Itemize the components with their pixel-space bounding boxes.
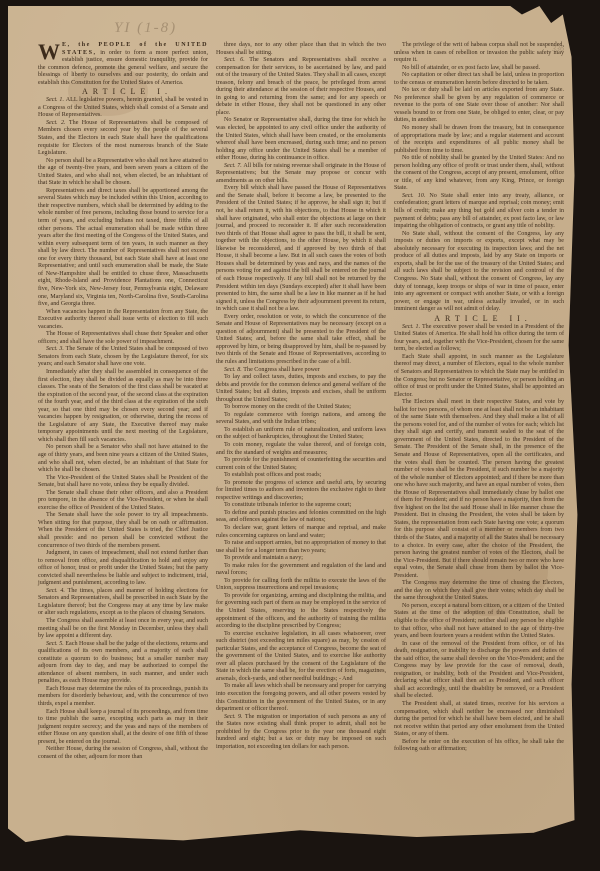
paragraph-text: The privilege of the writ of habeas corp… [394, 42, 564, 63]
paragraph: To borrow money on the credit of the Uni… [216, 404, 386, 412]
paragraph-text: To regulate commerce with foreign nation… [216, 412, 386, 426]
paragraph-text: To promote the progress of science and u… [216, 480, 386, 501]
paragraph-text: To raise and support armies, but no appr… [216, 540, 386, 554]
paragraph: Each House may determine the rules of it… [38, 686, 208, 709]
column-2: three days, nor to any other place than … [216, 42, 386, 751]
paragraph: No title of nobility shall be granted by… [394, 155, 564, 193]
paragraph-text: No money shall be drawn from the treasur… [394, 125, 564, 154]
paragraph: To establish post offices and post roads… [216, 472, 386, 480]
paragraph-text: The President shall, at stated times, re… [394, 701, 564, 737]
newspaper-page: YI (1-8) 336 WE, the PEOPLE of the UNITE… [8, 6, 592, 854]
paragraph-text: Each House shall keep a journal of its p… [38, 709, 208, 745]
paragraph-text: Judgment, in cases of impeachment, shall… [38, 550, 208, 586]
paragraph-text: To declare war, grant letters of marque … [216, 525, 386, 539]
paragraph: No tax or duty shall be laid on articles… [394, 87, 564, 125]
paragraph-text: The House of Representatives shall chuse… [38, 331, 208, 345]
paragraph: No money shall be drawn from the treasur… [394, 125, 564, 155]
paragraph-text: The Vice-President of the United States … [38, 475, 208, 489]
paragraph: Sect. 5. Each House shall be the judge o… [38, 641, 208, 686]
paragraph-text: No person shall be a Representative who … [38, 158, 208, 187]
paragraph-text: To make all laws which shall be necessar… [216, 683, 386, 712]
article-heading: ARTICLE I. [38, 87, 208, 97]
section-label: Sect. 4. [46, 588, 68, 594]
paragraph-text: No title of nobility shall be granted by… [394, 155, 564, 191]
paragraph: Each State shall appoint, in such manner… [394, 354, 564, 399]
paragraph: To make all laws which shall be necessar… [216, 683, 386, 713]
paragraph: Each House shall keep a journal of its p… [38, 709, 208, 747]
paragraph: three days, nor to any other place than … [216, 42, 386, 57]
paragraph: To provide for calling forth the militia… [216, 578, 386, 593]
paragraph-text: To provide for organizing, arming and di… [216, 593, 386, 629]
paragraph-text: The Congress shall have power [243, 367, 320, 373]
paragraph: To declare war, grant letters of marque … [216, 525, 386, 540]
paragraph-text: The Congress shall assemble at least onc… [38, 618, 208, 639]
paragraph: To provide for the punishment of counter… [216, 457, 386, 472]
paragraph: Immediately after they shall be assemble… [38, 369, 208, 444]
paragraph-text: Every bill which shall have passed the H… [216, 185, 386, 312]
paragraph: The Congress shall assemble at least onc… [38, 618, 208, 641]
paragraph-text: Each House shall be the judge of the ele… [38, 641, 208, 685]
paragraph: The Congress may determine the time of c… [394, 580, 564, 603]
column-3-body: The privilege of the writ of habeas corp… [394, 42, 564, 754]
paragraph-text: To establish post offices and post roads… [224, 472, 321, 478]
section-label: Sect. 2. [46, 120, 69, 126]
paragraph: The President shall, at stated times, re… [394, 701, 564, 739]
paragraph-text: three days, nor to any other place than … [216, 42, 386, 56]
paragraph: To make rules for the government and reg… [216, 563, 386, 578]
paragraph-text: No tax or duty shall be laid on articles… [394, 87, 564, 123]
paragraph: To coin money, regulate the value thereo… [216, 442, 386, 457]
paragraph-text: To exercise exclusive legislation, in al… [216, 631, 386, 682]
section-label: Sect. 3. [46, 346, 66, 352]
paragraph: Sect. 1. ALL legislative powers, herein … [38, 97, 208, 120]
paragraph: Representatives and direct taxes shall b… [38, 188, 208, 309]
section-label: Sect. 9. [224, 714, 245, 720]
paragraph-text: To establish an uniform rule of naturali… [216, 427, 386, 441]
paragraph-text: No bill of attainder, or ex post facto l… [402, 65, 540, 71]
paragraph-text: Neither House, during the session of Con… [38, 746, 208, 760]
paragraph: The House of Representatives shall chuse… [38, 331, 208, 346]
paragraph: Sect. 9. The migration or importation of… [216, 714, 386, 752]
paragraph: To regulate commerce with foreign nation… [216, 412, 386, 427]
drop-cap: W [38, 43, 60, 61]
paragraph: In case of the removal of the President … [394, 641, 564, 701]
paragraph-text: In case of the removal of the President … [394, 641, 564, 700]
paragraph-text: Each House may determine the rules of it… [38, 686, 208, 707]
paragraph: To raise and support armies, but no appr… [216, 540, 386, 555]
paragraph-text: To lay and collect taxes, duties, impost… [216, 374, 386, 403]
paragraph-text: When vacancies happen in the Representat… [38, 309, 208, 330]
handwritten-catalog-mark: YI (1-8) [114, 20, 177, 37]
paragraph: Sect. 4. The times, places and manner of… [38, 588, 208, 618]
paragraph: To provide and maintain a navy; [216, 555, 386, 563]
paragraph: To establish an uniform rule of naturali… [216, 427, 386, 442]
section-label: Sect. 7. [224, 163, 243, 169]
paragraph: Sect. 7. All bills for raising revenue s… [216, 163, 386, 186]
paragraph: Every order, resolution or vote, to whic… [216, 314, 386, 367]
paragraph-text: The Senators and Representatives shall r… [216, 57, 386, 116]
paragraph: Sect. 6. The Senators and Representative… [216, 57, 386, 117]
section-label: Sect. 1. [402, 324, 422, 330]
paragraph-text: The Electors shall meet in their respect… [394, 399, 564, 579]
paragraph-text: Every order, resolution or vote, to whic… [216, 314, 386, 365]
paragraph-text: To provide for calling forth the militia… [216, 578, 386, 592]
section-label: Sect. 6. [224, 57, 249, 63]
paragraph: When vacancies happen in the Representat… [38, 309, 208, 332]
paragraph-text: No person, except a natural born citizen… [394, 603, 564, 639]
paragraph-text: To define and punish piracies and feloni… [216, 510, 386, 524]
paragraph: To provide for organizing, arming and di… [216, 593, 386, 631]
paragraph: To constitute tribunals inferior to the … [216, 502, 386, 510]
paragraph: No person shall be a Representative who … [38, 158, 208, 188]
paragraph: Neither House, during the session of Con… [38, 746, 208, 761]
paragraph: No person, except a natural born citizen… [394, 603, 564, 641]
paragraph: To promote the progress of science and u… [216, 480, 386, 503]
paragraph-text: Each State shall appoint, in such manner… [394, 354, 564, 398]
paragraph: The privilege of the writ of habeas corp… [394, 42, 564, 65]
paragraph: To define and punish piracies and feloni… [216, 510, 386, 525]
paragraph: Before he enter on the execution of his … [394, 739, 564, 754]
paragraph-text: Before he enter on the execution of his … [394, 739, 564, 753]
paragraph: The Vice-President of the United States … [38, 475, 208, 490]
paragraph-text: Immediately after they shall be assemble… [38, 369, 208, 443]
section-label: Sect. 1. [46, 97, 66, 103]
paragraph-text: No State shall, without the consent of t… [394, 231, 564, 312]
section-label: Sect. 8. [224, 367, 243, 373]
paragraph-text: To make rules for the government and reg… [216, 563, 386, 577]
column-1-body: Sect. 1. ALL legislative powers, herein … [38, 97, 208, 761]
paragraph: To lay and collect taxes, duties, impost… [216, 374, 386, 404]
article-heading: ARTICLE II. [394, 314, 564, 324]
column-3: The privilege of the writ of habeas corp… [394, 42, 564, 754]
paragraph-text: To provide and maintain a navy; [224, 555, 303, 561]
paragraph-text: To coin money, regulate the value thereo… [216, 442, 386, 456]
paragraph: To exercise exclusive legislation, in al… [216, 631, 386, 684]
paragraph: The Electors shall meet in their respect… [394, 399, 564, 580]
paragraph: Sect. 1. The executive power shall be ve… [394, 324, 564, 354]
paragraph-text: The Senate shall chuse their other offic… [38, 490, 208, 511]
paragraph-text: No Senator or Representative shall, duri… [216, 117, 386, 161]
paragraph-text: The Congress may determine the time of c… [394, 580, 564, 601]
paragraph: Sect. 2. The House of Representatives sh… [38, 120, 208, 158]
paragraph: No Senator or Representative shall, duri… [216, 117, 386, 162]
paragraph: Sect. 3. The Senate of the United States… [38, 346, 208, 369]
column-1: WE, the PEOPLE of the UNITED STATES, in … [38, 42, 208, 761]
paragraph: No bill of attainder, or ex post facto l… [394, 65, 564, 73]
paragraph-text: Representatives and direct taxes shall b… [38, 188, 208, 307]
paragraph-text: The Senate shall have the sole power to … [38, 512, 208, 548]
preamble: WE, the PEOPLE of the UNITED STATES, in … [38, 42, 208, 87]
section-label: Sect. 10. [402, 193, 429, 199]
paragraph: Judgment, in cases of impeachment, shall… [38, 550, 208, 588]
paragraph: The Senate shall chuse their other offic… [38, 490, 208, 513]
paragraph-text: To borrow money on the credit of the Uni… [224, 404, 351, 410]
paragraph: Sect. 8. The Congress shall have power [216, 367, 386, 375]
paragraph-text: To provide for the punishment of counter… [216, 457, 386, 471]
paragraph: Sect. 10. No State shall enter into any … [394, 193, 564, 231]
paragraph-text: To constitute tribunals inferior to the … [224, 502, 351, 508]
section-label: Sect. 5. [46, 641, 65, 647]
paragraph: No State shall, without the consent of t… [394, 231, 564, 314]
paragraph-text: No person shall be a Senator who shall n… [38, 444, 208, 473]
paragraph: No person shall be a Senator who shall n… [38, 444, 208, 474]
paragraph-text: No capitation or other direct tax shall … [394, 72, 564, 86]
column-2-body: three days, nor to any other place than … [216, 42, 386, 751]
paragraph: No capitation or other direct tax shall … [394, 72, 564, 87]
paragraph: The Senate shall have the sole power to … [38, 512, 208, 550]
paragraph: Every bill which shall have passed the H… [216, 185, 386, 313]
